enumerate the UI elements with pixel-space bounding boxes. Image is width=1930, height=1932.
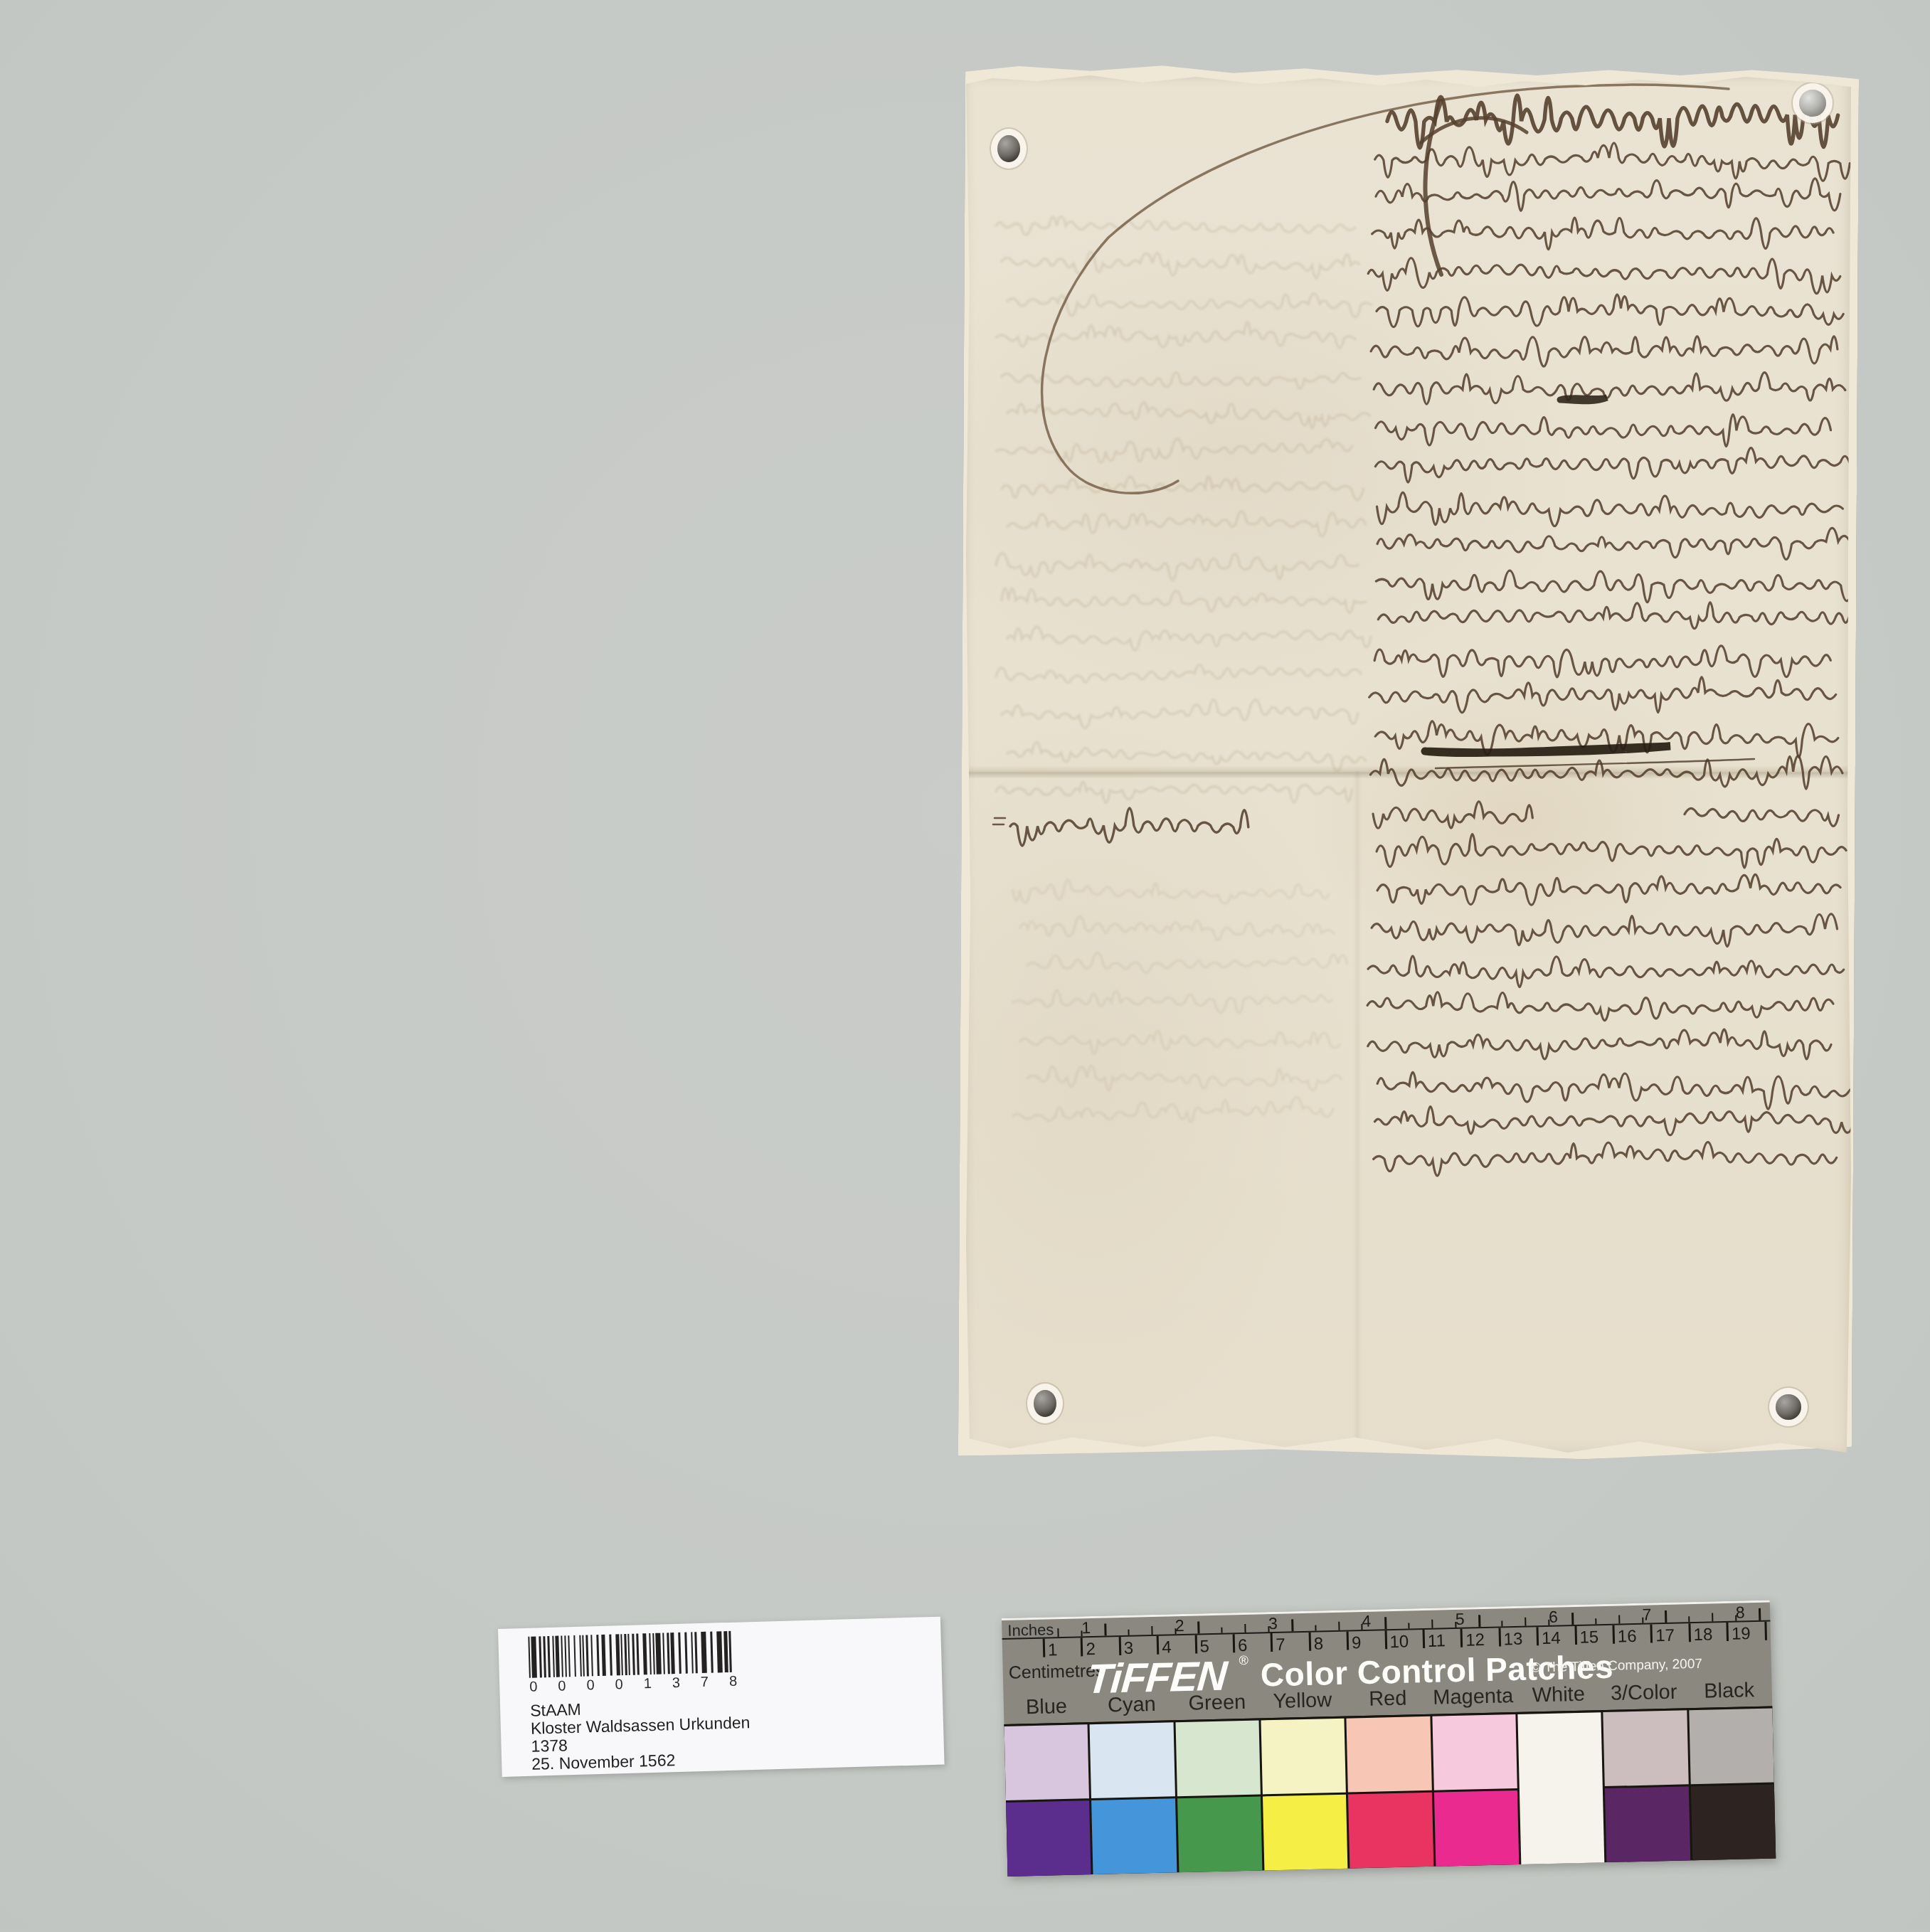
inch-tick	[1571, 1613, 1574, 1625]
cm-tick	[1157, 1636, 1160, 1655]
archive-barcode-label: 00001378 StAAM Kloster Waldsassen Urkund…	[498, 1617, 945, 1777]
barcode-bar	[723, 1631, 728, 1672]
barcode-bar	[627, 1634, 630, 1675]
inch-number: 7	[1642, 1605, 1651, 1624]
color-patch-yellow-tint	[1261, 1719, 1346, 1795]
handwriting-layer	[966, 74, 1851, 1453]
color-patch-blue-tint	[1004, 1724, 1090, 1800]
verso-showthrough-line	[996, 782, 1352, 803]
barcode-digit: 8	[729, 1674, 738, 1690]
cm-tick	[1727, 1623, 1729, 1641]
marginal-note	[1010, 808, 1248, 846]
inch-number: 1	[1081, 1618, 1091, 1638]
barcode-bar	[710, 1632, 714, 1673]
barcode-bar	[555, 1636, 560, 1677]
barcode-bar	[642, 1633, 647, 1674]
verso-showthrough-line	[1007, 511, 1365, 536]
color-patch-cyan-solid	[1091, 1798, 1177, 1874]
barcode-digit: 0	[558, 1678, 566, 1694]
verso-showthrough-line	[1013, 880, 1329, 904]
cm-tick	[1574, 1626, 1577, 1645]
cm-tick	[1271, 1633, 1273, 1652]
patch-label-red: Red	[1345, 1686, 1431, 1711]
verso-showthrough-line	[996, 665, 1362, 683]
cm-tick	[1612, 1625, 1615, 1644]
cm-tick	[1423, 1630, 1426, 1648]
photo-background: 00001378 StAAM Kloster Waldsassen Urkund…	[0, 0, 1930, 1932]
handwriting-line	[1374, 1107, 1851, 1135]
handwriting-line	[1378, 603, 1849, 629]
verso-showthrough-line	[1002, 700, 1358, 728]
inch-number: 8	[1736, 1603, 1745, 1622]
inch-subtick	[1431, 1620, 1433, 1628]
cm-number: 12	[1465, 1630, 1485, 1651]
barcode-bar	[564, 1635, 567, 1677]
inked-out-word	[1560, 398, 1607, 401]
cm-tick	[1233, 1634, 1236, 1652]
barcode-digit: 0	[615, 1677, 623, 1693]
barcode	[528, 1631, 737, 1678]
fastening-pin-top-left	[997, 135, 1020, 162]
handwriting-line	[1373, 802, 1532, 828]
barcode-digit: 1	[643, 1676, 652, 1692]
color-patch-magenta-tint	[1432, 1714, 1517, 1790]
cm-tick	[1498, 1628, 1501, 1646]
barcode-bar	[620, 1634, 623, 1675]
cm-number: 17	[1655, 1626, 1675, 1647]
color-patch-3-color-solid	[1605, 1786, 1690, 1862]
inch-subtick	[1408, 1623, 1409, 1628]
verso-showthrough-line	[996, 553, 1359, 580]
inch-subtick	[1525, 1618, 1526, 1626]
handwriting-line	[1685, 808, 1839, 826]
inch-tick	[1198, 1621, 1200, 1633]
inch-subtick	[1712, 1613, 1713, 1621]
inch-subtick	[1151, 1626, 1152, 1635]
verso-showthrough-line	[1027, 1066, 1342, 1090]
barcode-bar	[601, 1635, 606, 1676]
barcode-bar	[716, 1631, 723, 1672]
inch-subtick	[1244, 1624, 1246, 1633]
inch-tick	[1291, 1619, 1293, 1631]
cm-tick	[1043, 1639, 1046, 1657]
verso-showthrough-line	[1020, 1031, 1340, 1053]
color-patch-red-tint	[1347, 1716, 1432, 1793]
barcode-bar	[678, 1633, 682, 1674]
handwriting-line	[1372, 914, 1837, 947]
cm-number: 1	[1048, 1640, 1058, 1660]
barcode-bar	[531, 1637, 537, 1678]
verso-showthrough-line	[1007, 402, 1370, 428]
barcode-bar	[547, 1636, 551, 1677]
cm-tick	[1688, 1623, 1691, 1642]
verso-showthrough-line	[996, 439, 1352, 462]
barcode-bar	[590, 1635, 593, 1676]
barcode-bar	[539, 1636, 542, 1677]
barcode-bar	[701, 1632, 707, 1673]
cm-number: 7	[1276, 1635, 1285, 1655]
insertion-mark	[993, 818, 1005, 824]
inch-subtick	[1595, 1618, 1596, 1624]
patch-label-blue: Blue	[1004, 1694, 1090, 1720]
barcode-bar	[528, 1637, 531, 1678]
cm-number: 8	[1313, 1634, 1323, 1654]
cm-tick	[1308, 1633, 1311, 1651]
inch-tick	[1665, 1610, 1667, 1623]
cm-number: 15	[1579, 1628, 1598, 1648]
verso-showthrough-line	[996, 216, 1355, 235]
cm-number: 6	[1238, 1636, 1248, 1656]
barcode-bar	[636, 1633, 640, 1674]
barcode-bar	[694, 1632, 698, 1673]
inch-number: 5	[1455, 1610, 1464, 1629]
verso-showthrough-line	[1002, 477, 1364, 500]
handwriting-line	[1377, 874, 1840, 905]
handwriting-line	[1374, 1142, 1837, 1176]
barcode-bar	[670, 1633, 675, 1674]
color-patch-3-color-tint	[1603, 1710, 1689, 1786]
color-control-card: Inches Centimetres TiFFEN ® Color Contro…	[1002, 1601, 1776, 1877]
barcode-bar	[582, 1635, 585, 1677]
barcode-bar	[684, 1633, 688, 1674]
barcode-bar	[615, 1634, 620, 1675]
verso-showthrough-line	[1007, 627, 1371, 650]
handwriting-line	[1377, 294, 1843, 327]
barcode-digit: 7	[701, 1674, 709, 1691]
barcode-bar	[652, 1633, 655, 1674]
fastening-pin-bottom-right	[1776, 1394, 1801, 1420]
barcode-digit: 3	[672, 1675, 681, 1692]
handwriting-heading-line	[1387, 95, 1838, 148]
barcode-bar	[691, 1632, 694, 1673]
color-patch-green-solid	[1177, 1796, 1263, 1872]
verso-showthrough-line	[1013, 990, 1332, 1013]
cm-number: 11	[1428, 1631, 1446, 1652]
verso-showthrough-line	[1002, 252, 1359, 279]
verso-showthrough-line	[1007, 743, 1365, 772]
barcode-bar	[655, 1633, 662, 1674]
barcode-bar	[561, 1635, 563, 1677]
cm-number: 16	[1618, 1627, 1637, 1647]
handwriting-line	[1377, 834, 1846, 868]
inch-subtick	[1688, 1616, 1690, 1622]
handwriting-line	[1369, 677, 1836, 713]
color-patch-yellow-solid	[1263, 1795, 1348, 1871]
patch-label-black: Black	[1686, 1678, 1772, 1704]
handwriting-line	[1374, 646, 1830, 677]
verso-showthrough-line	[1013, 1097, 1333, 1122]
cm-tick	[1650, 1624, 1653, 1642]
patch-label-green: Green	[1175, 1690, 1261, 1716]
handwriting-line	[1368, 1029, 1831, 1059]
barcode-bar	[552, 1636, 555, 1677]
color-patch-magenta-solid	[1434, 1790, 1520, 1867]
color-patch-green-tint	[1175, 1721, 1261, 1797]
handwriting-line	[1370, 756, 1842, 789]
color-patch-red-solid	[1348, 1793, 1433, 1869]
handwriting-line	[1377, 1072, 1851, 1109]
barcode-bar	[632, 1634, 635, 1675]
inked-out-passage	[1425, 746, 1670, 753]
fastening-pin-bottom-left	[1034, 1390, 1056, 1417]
cm-number: 13	[1503, 1630, 1522, 1650]
color-patch-black-tint	[1689, 1709, 1774, 1785]
verso-showthrough-line	[1002, 373, 1360, 389]
manuscript-page	[966, 74, 1851, 1453]
handwriting-line	[1368, 956, 1844, 987]
color-patch-black-solid	[1690, 1784, 1776, 1860]
barcode-bar	[624, 1634, 627, 1675]
barcode-digit: 0	[529, 1679, 538, 1695]
cm-number: 10	[1389, 1633, 1409, 1653]
cm-number: 9	[1352, 1633, 1362, 1653]
barcode-bar	[662, 1633, 665, 1674]
barcode-bar	[585, 1635, 589, 1676]
patch-label-yellow: Yellow	[1259, 1688, 1345, 1714]
handwriting-line	[1376, 415, 1831, 447]
inch-subtick	[1338, 1622, 1340, 1630]
patch-label-white: White	[1515, 1682, 1601, 1708]
cm-tick	[1081, 1638, 1083, 1656]
handwriting-line	[1367, 992, 1833, 1021]
initial-letter-stroke	[1425, 101, 1441, 275]
handwriting-line	[1376, 179, 1840, 211]
cm-tick	[1194, 1635, 1197, 1654]
cm-number: 14	[1542, 1628, 1561, 1649]
handwriting-line	[1371, 336, 1838, 366]
color-patch-white-full	[1517, 1712, 1604, 1864]
fastening-pin-top-right	[1799, 90, 1826, 117]
patch-grid	[1004, 1707, 1776, 1877]
patch-label-magenta: Magenta	[1430, 1684, 1516, 1710]
cm-number: 19	[1732, 1624, 1751, 1645]
inch-subtick	[1058, 1628, 1059, 1637]
inch-subtick	[1128, 1630, 1129, 1635]
handwriting-line	[1372, 218, 1833, 249]
inch-number: 2	[1175, 1616, 1184, 1635]
barcode-digit: 0	[586, 1677, 595, 1694]
cm-number: 4	[1162, 1638, 1172, 1657]
patch-label-3-color: 3/Color	[1601, 1680, 1687, 1706]
inch-subtick	[1221, 1628, 1223, 1633]
cm-tick	[1764, 1622, 1767, 1640]
verso-showthrough-line	[1027, 952, 1347, 972]
inch-subtick	[1618, 1615, 1620, 1624]
cm-number: 3	[1124, 1639, 1134, 1659]
cm-number: 18	[1693, 1625, 1712, 1645]
barcode-bar	[609, 1635, 613, 1676]
cm-tick	[1460, 1629, 1463, 1647]
inch-subtick	[1502, 1620, 1503, 1626]
barcode-bar	[543, 1636, 546, 1677]
inch-number: 4	[1362, 1612, 1371, 1631]
cm-tick	[1384, 1630, 1387, 1649]
barcode-bar	[568, 1635, 571, 1677]
inch-tick	[1759, 1608, 1761, 1620]
cm-tick	[1118, 1637, 1121, 1655]
cm-number: 5	[1199, 1637, 1209, 1657]
card-copyright: © The Tiffen Company, 2007	[1531, 1657, 1703, 1677]
patch-label-cyan: Cyan	[1089, 1692, 1175, 1718]
inch-tick	[1104, 1624, 1106, 1636]
handwriting-line	[1377, 492, 1843, 526]
cm-number: 2	[1086, 1640, 1096, 1660]
handwriting-line	[1374, 373, 1845, 405]
inch-number: 3	[1268, 1614, 1278, 1633]
verso-showthrough-line	[1020, 916, 1334, 940]
handwriting-line	[1376, 570, 1851, 603]
barcode-bar	[667, 1633, 670, 1674]
cm-tick	[1347, 1632, 1350, 1650]
inch-tick	[1384, 1617, 1386, 1629]
color-patch-cyan-tint	[1090, 1722, 1175, 1798]
barcode-bar	[596, 1635, 600, 1676]
barcode-bar	[573, 1635, 576, 1677]
inch-subtick	[1315, 1625, 1316, 1631]
barcode-bar	[579, 1635, 582, 1677]
color-patch-blue-solid	[1006, 1800, 1091, 1877]
handwriting-line	[1377, 528, 1850, 559]
verso-showthrough-line	[1002, 588, 1366, 612]
inch-tick	[1478, 1615, 1480, 1627]
cm-tick	[1537, 1627, 1539, 1645]
inch-number: 6	[1549, 1608, 1558, 1627]
barcode-bar	[728, 1631, 732, 1672]
handwriting-line	[1375, 143, 1850, 181]
handwriting-line	[1375, 448, 1849, 482]
barcode-bar	[649, 1633, 652, 1674]
